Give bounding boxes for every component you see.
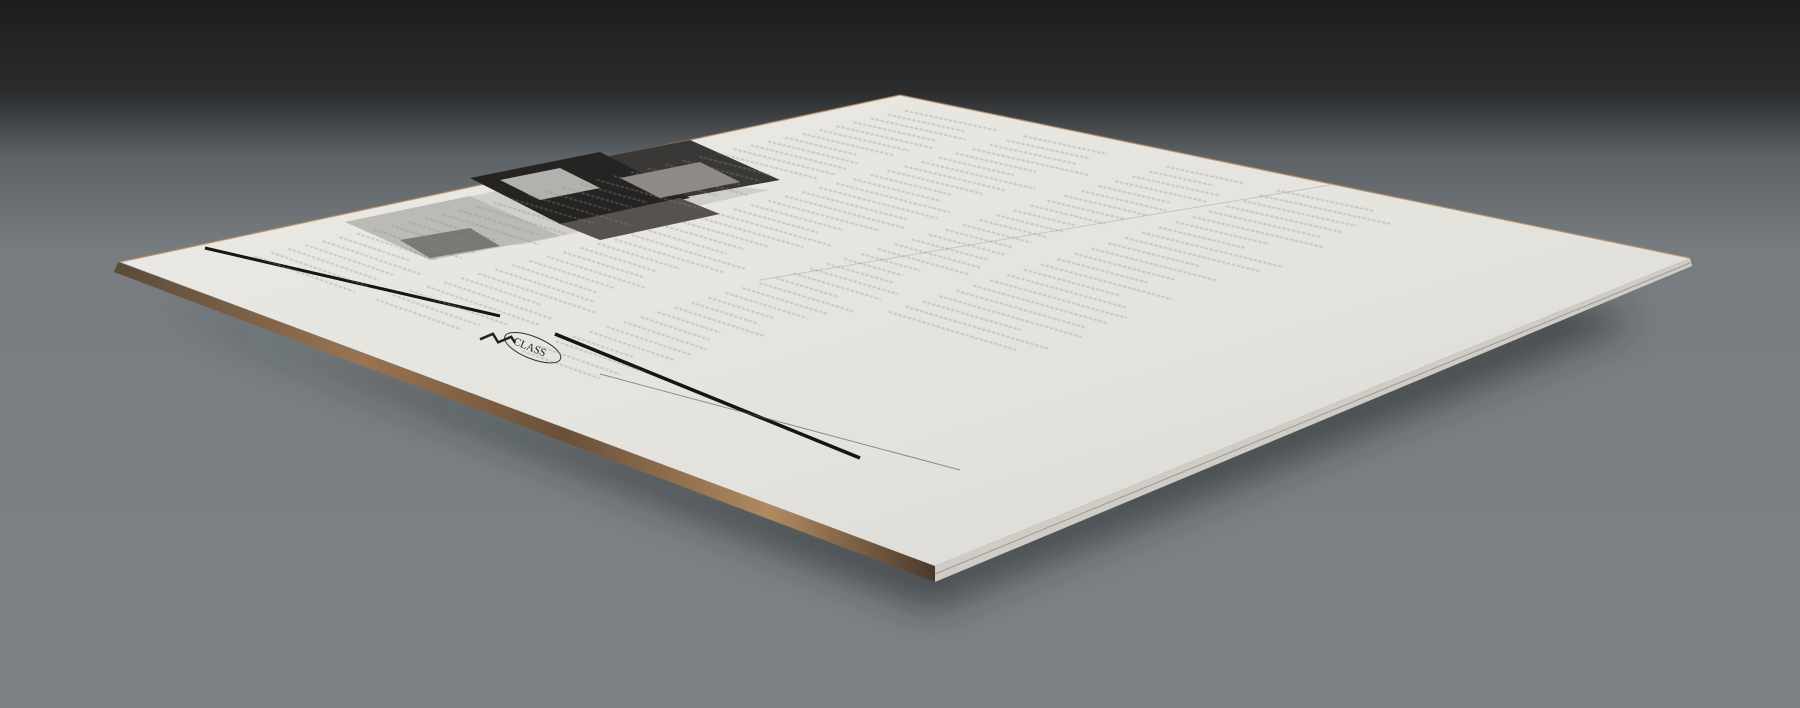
photo-scene: CLASS [0, 0, 1800, 708]
photo-canvas: CLASS [0, 0, 1800, 708]
